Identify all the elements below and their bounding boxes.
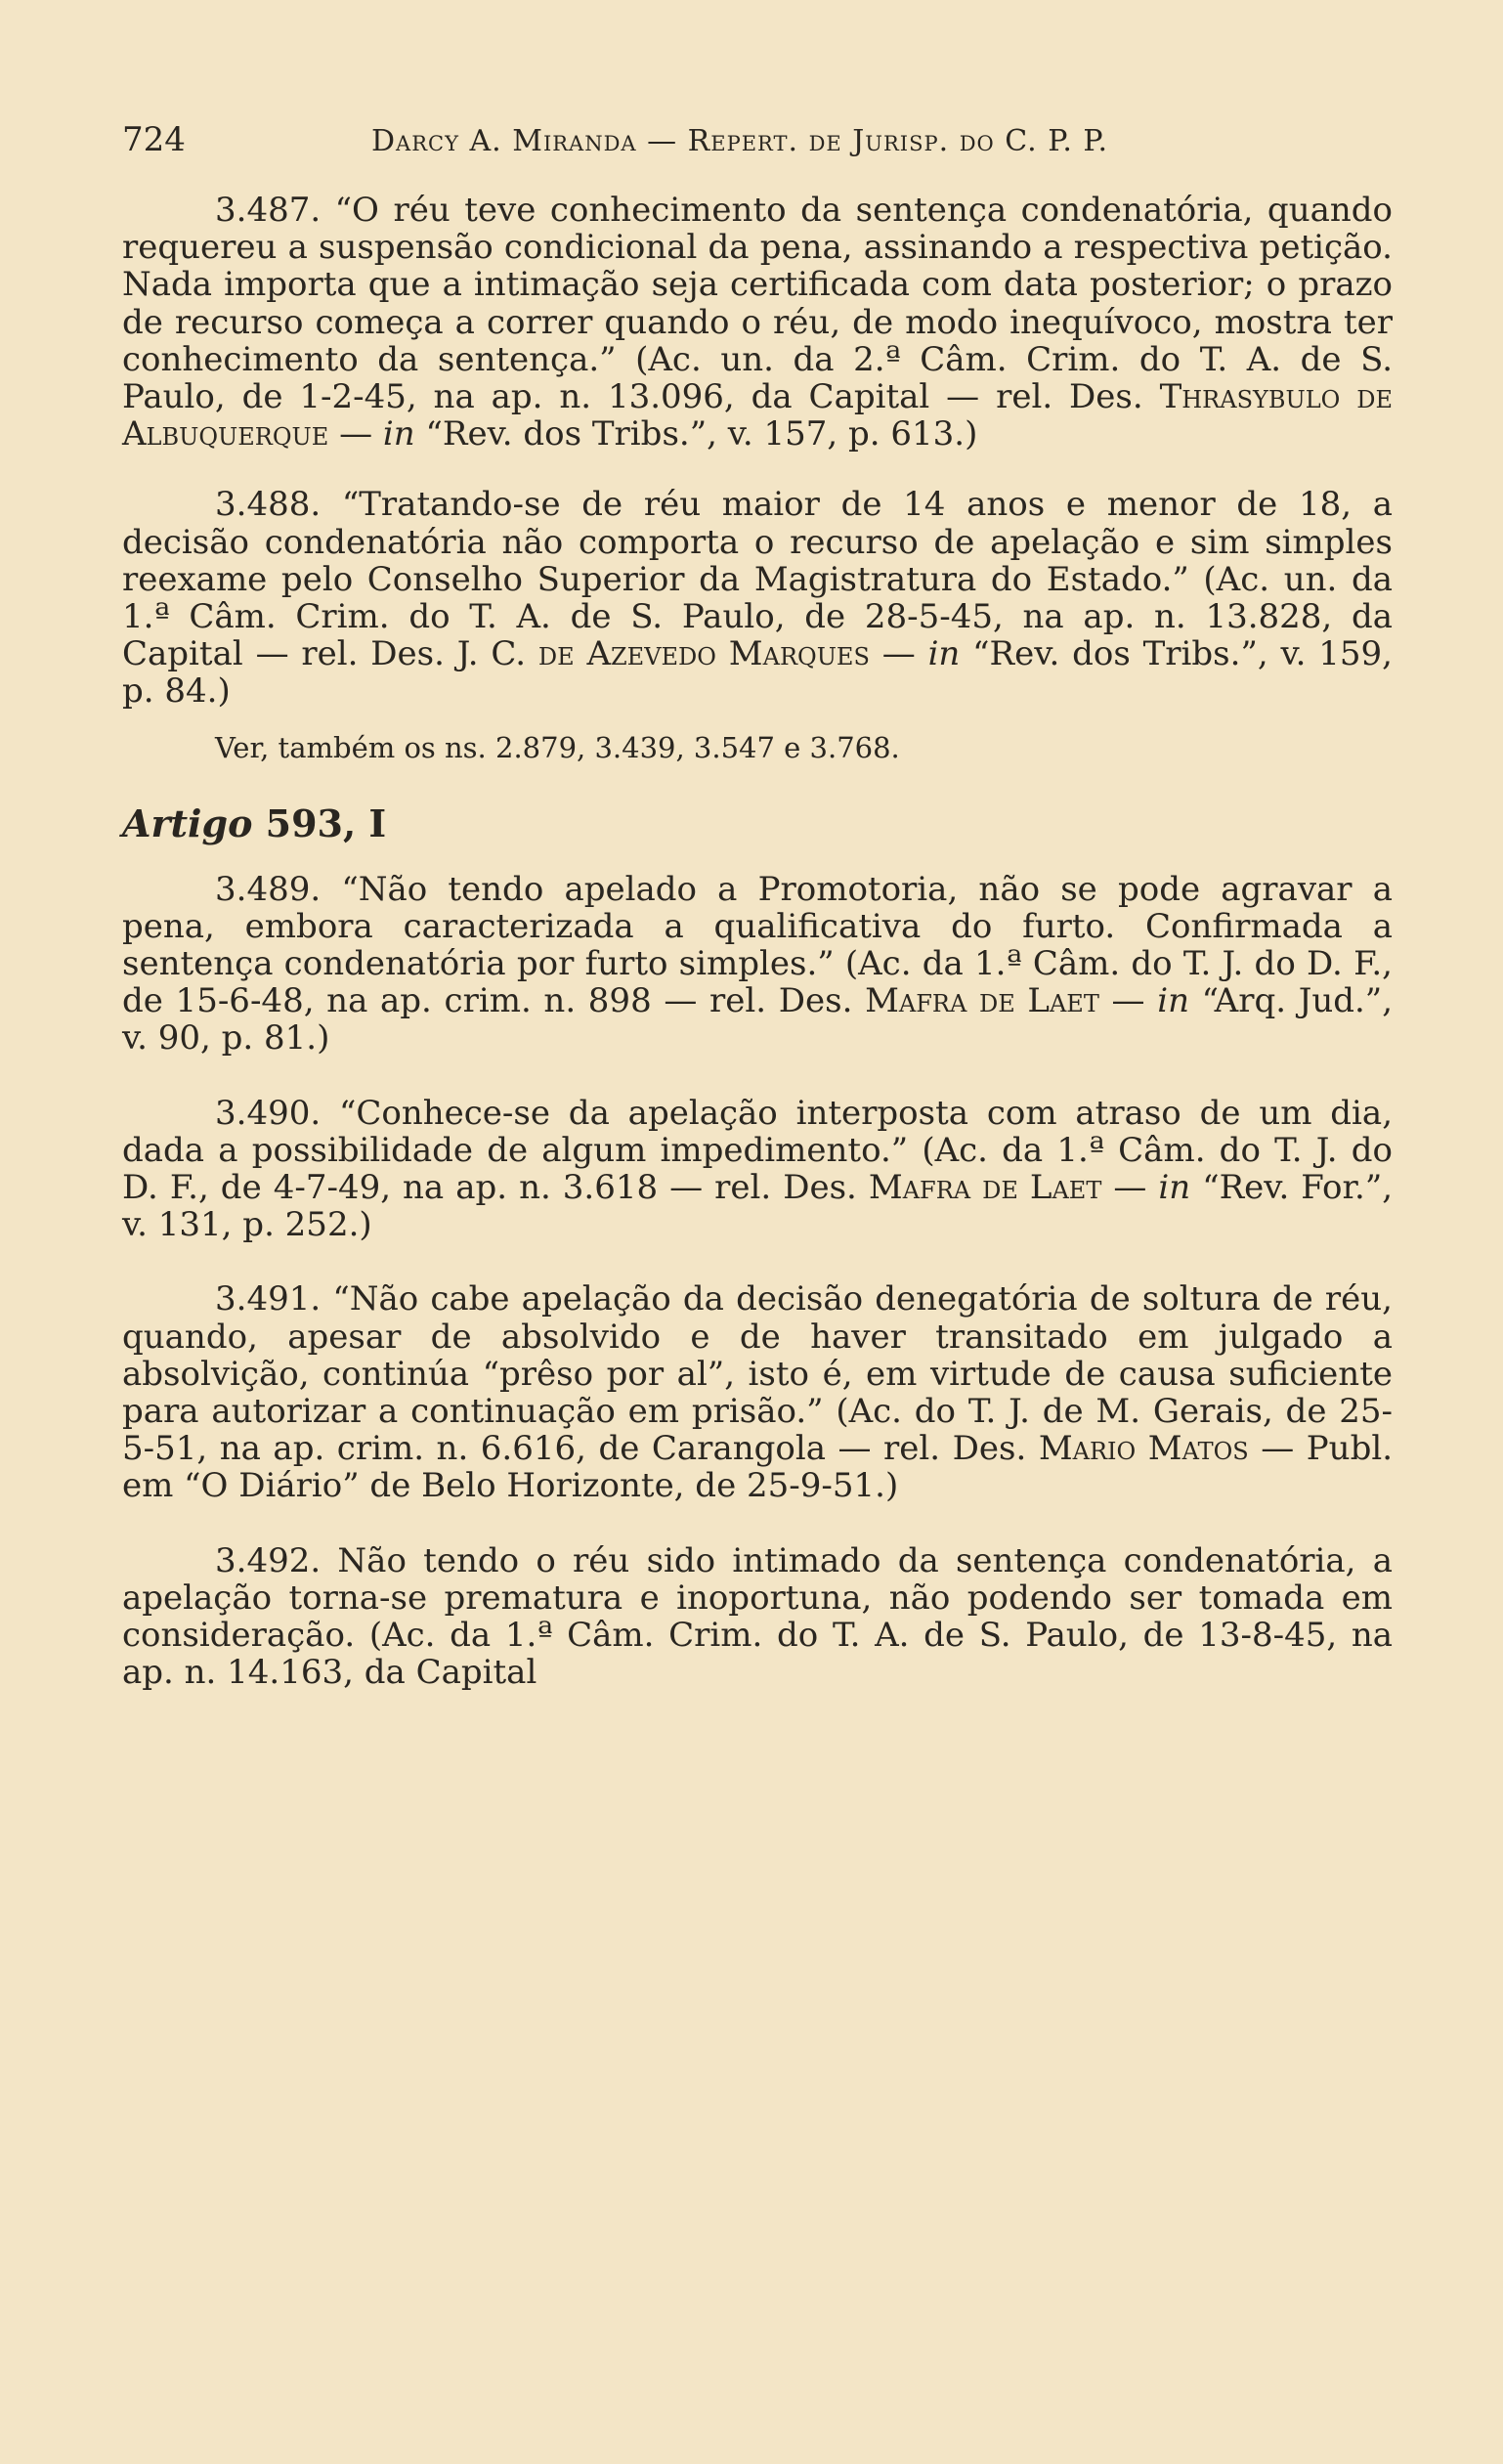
section-heading: Artigo 593, I [122, 802, 1393, 845]
in-marker: in [1158, 1168, 1190, 1207]
section-label: Artigo [122, 801, 252, 845]
dash: — [870, 634, 928, 673]
dash: — [1099, 981, 1157, 1020]
entry-number: 3.492. [215, 1541, 321, 1580]
dash: — [1101, 1168, 1158, 1207]
entry-3489: 3.489. “Não tendo apelado a Promotoria, … [122, 871, 1393, 1058]
entry-number: 3.488. [215, 485, 321, 524]
judge-name: Mafra de Laet [865, 981, 1099, 1020]
judge-name: de Azevedo Marques [538, 634, 870, 673]
entry-3492: 3.492. Não tendo o réu sido intimado da … [122, 1542, 1393, 1692]
in-marker: in [383, 414, 415, 454]
entry-number: 3.489. [215, 870, 321, 909]
running-title: Darcy A. Miranda — Repert. de Jurisp. do… [371, 117, 1393, 166]
entry-number: 3.487. [215, 191, 321, 230]
in-marker: in [1157, 981, 1189, 1020]
entry-3491: 3.491. “Não cabe apelação da decisão den… [122, 1280, 1393, 1504]
citation-source: “Rev. dos Tribs.”, v. 157, p. 613.) [415, 414, 978, 454]
see-also-note: Ver, também os ns. 2.879, 3.439, 3.547 e… [215, 730, 1393, 765]
section-number: 593, I [266, 801, 387, 845]
in-marker: in [928, 634, 961, 673]
entry-number: 3.491. [215, 1279, 321, 1318]
dash: — [328, 414, 383, 454]
book-page: 724 Darcy A. Miranda — Repert. de Jurisp… [122, 115, 1393, 1692]
entry-3487: 3.487. “O réu teve conhecimento da sente… [122, 192, 1393, 453]
judge-name: Mario Matos [1039, 1429, 1249, 1468]
entry-3488: 3.488. “Tratando-se de réu maior de 14 a… [122, 486, 1393, 710]
entry-number: 3.490. [215, 1094, 321, 1133]
judge-name: Mafra de Laet [869, 1168, 1101, 1207]
running-head: 724 Darcy A. Miranda — Repert. de Jurisp… [122, 115, 1393, 164]
page-number: 724 [122, 115, 371, 164]
entry-3490: 3.490. “Conhece-se da apelação interpost… [122, 1095, 1393, 1244]
